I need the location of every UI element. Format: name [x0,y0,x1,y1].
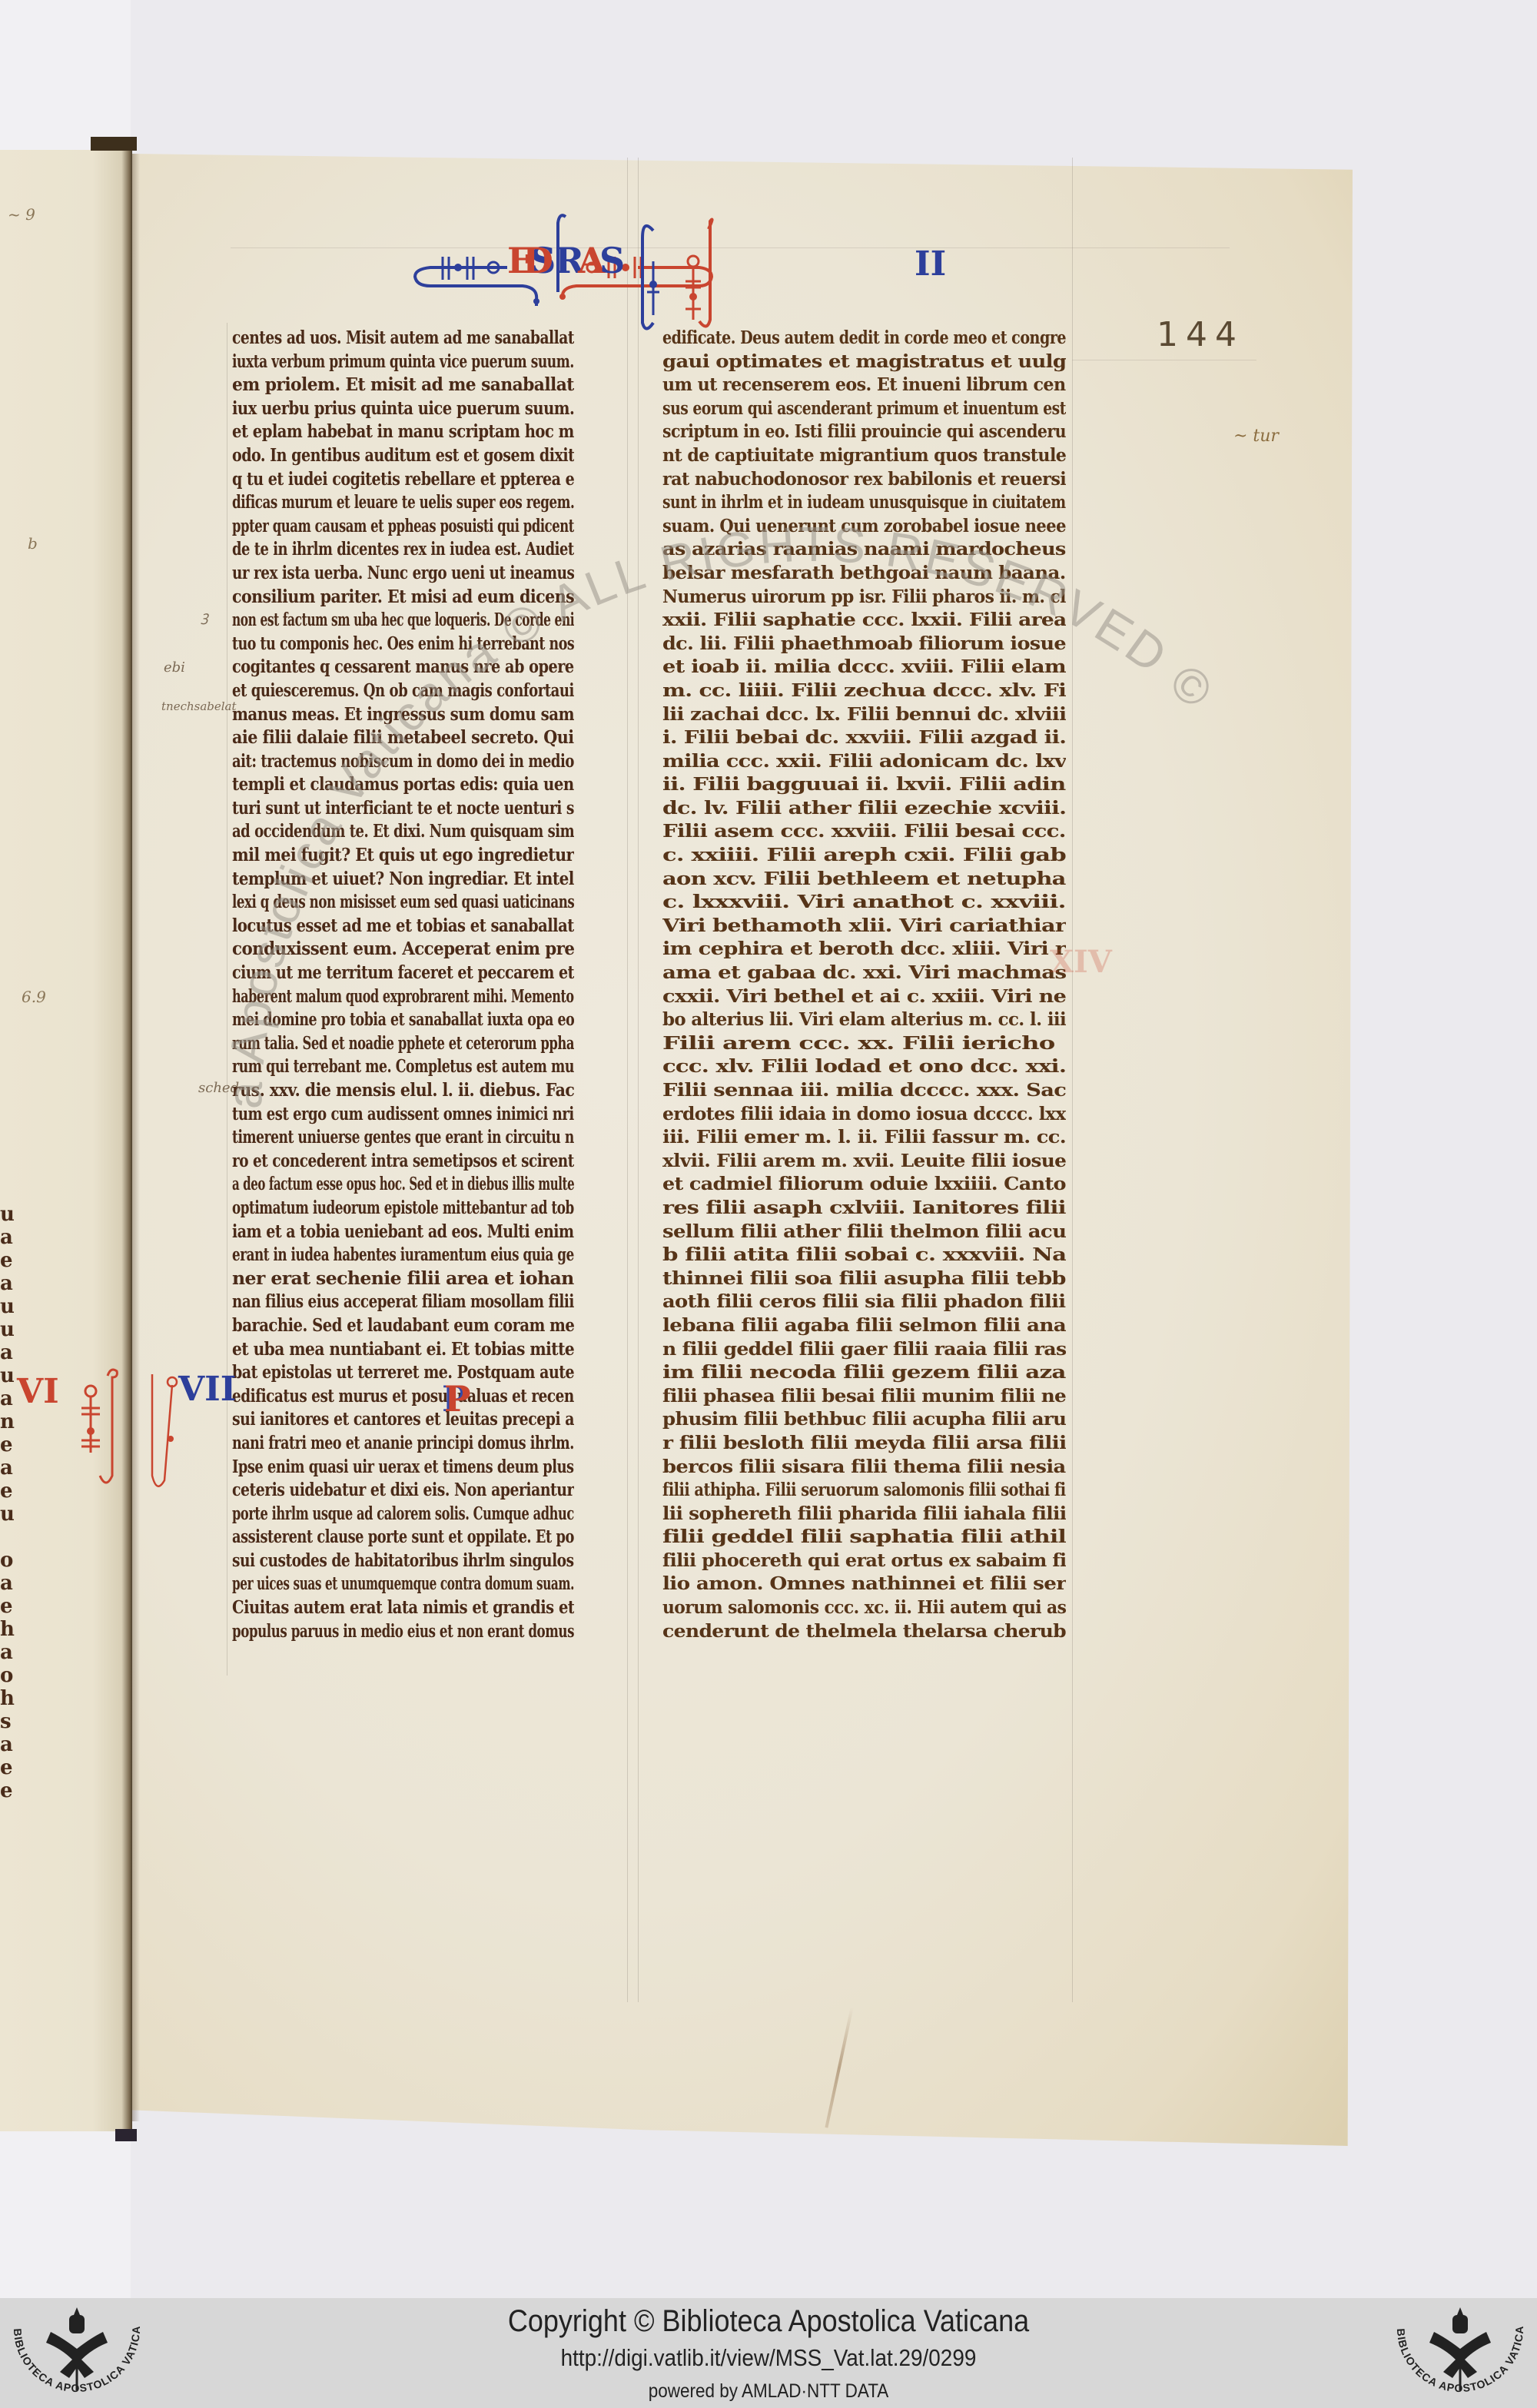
manuscript-line: as azarias raamias naami mardocheus [662,538,1066,562]
manuscript-line: optimatum iudeorum epistole mittebantur … [232,1197,574,1221]
manuscript-line: locutus esset ad me et tobias et sanabal… [232,915,574,938]
manuscript-line: ii. Filii bagguuai ii. lxvii. Filii adin [662,773,1066,797]
manuscript-line: mil mei fugit? Et quis ut ego ingredietu… [232,844,574,868]
ruling-line [638,158,639,2002]
manuscript-line: ner erat sechenie filii area et iohan [232,1267,574,1291]
viewer-footer: BIBLIOTECA APOSTOLICA VATICANA Copyright… [0,2298,1537,2408]
manuscript-line: ait: tractemus nobiscum in domo dei in m… [232,750,574,774]
chapter-marker-right-page: VII [178,1370,236,1409]
manuscript-line: erant in iudea habentes iuramentum eius … [232,1244,574,1267]
manuscript-line: phusim filii bethbuc filii acupha filii … [662,1408,1066,1432]
ruling-line [1072,158,1073,2002]
manuscript-line: templi et claudamus portas edis: quia ue… [232,773,574,797]
manuscript-line: bo alterius lii. Viri elam alterius m. c… [662,1008,1066,1032]
manuscript-line: lio amon. Omnes nathinnei et filii ser [662,1573,1066,1596]
copyright-notice: Copyright © Biblioteca Apostolica Vatica… [77,2304,1460,2339]
manuscript-line: per uices suas et unumquemque contra dom… [232,1573,574,1596]
manuscript-line: centes ad uos. Misit autem ad me sanabal… [232,327,574,350]
manuscript-line: sellum filii ather filii thelmon filii a… [662,1221,1066,1244]
manuscript-line: cium ut me territum faceret et peccarem … [232,962,574,985]
manuscript-line: filii athipha. Filii seruorum salomonis … [662,1479,1066,1503]
manuscript-line: consilium pariter. Et misi ad eum dicens [232,586,574,609]
text-column-left: centes ad uos. Misit autem ad me sanabal… [232,327,574,1643]
pen-flourish-icon [407,208,1068,338]
manuscript-line: thinnei filii soa filii asupha filii teb… [662,1267,1066,1291]
manuscript-line: Filii arem ccc. xx. Filii iericho [662,1032,1055,1056]
chapter-flourish-icon [77,1360,123,1491]
manuscript-line: bercos filii sisara filii thema filii ne… [662,1456,1066,1480]
left-page-text-edge: uaeauuauaneaeu [0,1203,17,1533]
manuscript-line: de te in ihrlm dicentes rex in iudea est… [232,538,574,562]
manuscript-line: ceteris uidebatur et dixi eis. Non aperi… [232,1479,574,1503]
manuscript-line: manus meas. Et ingressus sum domu sam [232,703,574,727]
manuscript-line: ccc. xlv. Filii lodad et ono dcc. xxi. [662,1055,1066,1079]
manuscript-line: q tu et iudei cogitetis rebellare et ppt… [232,468,574,492]
manuscript-line: Filii sennaa iii. milia dcccc. xxx. Sac [662,1079,1066,1103]
manuscript-line: rum talia. Sed et noadie pphete et ceter… [232,1032,574,1056]
manuscript-line: suam. Qui uenerunt cum zorobabel iosue n… [662,515,1066,539]
running-header: E S D R A S II [407,208,1068,338]
manuscript-line: a deo factum esse opus hoc. Sed et in di… [232,1173,574,1197]
margin-note: tnechsabelat [161,699,237,713]
binding-edge [91,137,137,151]
manuscript-line: im filii necoda filii gezem filii aza [662,1361,1066,1385]
margin-note: 6.9 [22,988,46,1006]
manuscript-line: ad occidendum te. Et dixi. Num quisquam … [232,820,574,844]
manuscript-line: scriptum in eo. Isti filii prouincie qui… [662,420,1066,444]
manuscript-line: sui ianitores et cantores et leuitas pre… [232,1408,574,1432]
show-through-marker: XIV [1050,944,1112,980]
manuscript-line: i. Filii bebai dc. xxviii. Filii azgad i… [662,726,1066,750]
manuscript-line: nani fratri meo et ananie principi domus… [232,1432,574,1456]
manuscript-line: Viri bethamoth xlii. Viri cariathiar [662,915,1066,938]
manuscript-line: cxxii. Viri bethel et ai c. xxiii. Viri … [662,985,1066,1009]
manuscript-line: filii phasea filii besai filii munim fil… [662,1385,1066,1409]
manuscript-line: m. cc. liiii. Filii zechua dccc. xlv. Fi [662,679,1066,703]
chapter-marker-left-page: VI [17,1372,59,1411]
manuscript-line: edificatus est murus et posui ualuas et … [232,1385,574,1409]
ruling-line [627,158,628,2002]
ruling-line [227,323,227,1676]
manuscript-line: r filii besloth filii meyda filii arsa f… [662,1432,1066,1456]
manuscript-line: tuo tu componis hec. Oes enim hi terreba… [232,633,574,656]
running-header-book-number: II [915,244,946,284]
manuscript-line: rus. xxv. die mensis elul. l. ii. diebus… [232,1079,574,1103]
manuscript-line: Ipse enim quasi uir uerax et timens deum… [232,1456,574,1480]
gutter-shadow [132,154,140,2121]
manuscript-line: lii zachai dcc. lx. Filii bennui dc. xlv… [662,703,1066,727]
faint-chapter-number: XIV [1050,944,1112,980]
manuscript-line: lexi q deus non misisset eum sed quasi u… [232,891,574,915]
running-header-letter: S [599,240,626,281]
manuscript-line: Filii asem ccc. xxviii. Filii besai ccc. [662,820,1066,844]
manuscript-line: nt de captiuitate migrantium quos transt… [662,444,1066,468]
manuscript-line: lebana filii agaba filii selmon filii an… [662,1314,1066,1338]
powered-by: powered by AMLAD·NTT DATA [77,2380,1460,2403]
manuscript-line: lii sophereth filii pharida filii iahala… [662,1503,1066,1526]
manuscript-line: c. xxiiii. Filii areph cxii. Filii gab [662,844,1066,868]
running-header-letter: D [523,240,554,281]
manuscript-line: iuxta verbum primum quinta vice puerum s… [232,350,574,374]
chapter-number: VI [17,1372,59,1411]
manuscript-line: timerent uniuerse gentes que erant in ci… [232,1126,574,1150]
manuscript-line: non est factum sm uba hec que loqueris. … [232,609,574,633]
manuscript-line: aoth filii ceros filii sia filii phadon … [662,1290,1066,1314]
margin-note: ebi [164,659,185,676]
manuscript-line: templum et uiuet? Non ingrediar. Et inte… [232,868,574,892]
manuscript-line: xlvii. Filii arem m. xvii. Leuite filii … [662,1150,1066,1174]
manuscript-line: rat nabuchodonosor rex babilonis et reue… [662,468,1066,492]
binding-edge [115,2129,137,2141]
manuscript-line: populus paruus in medio eius et non eran… [232,1620,574,1644]
manuscript-line: im cephira et beroth dcc. xliii. Viri r [662,938,1066,962]
manuscript-line: et cadmiel filiorum oduie lxxiiii. Canto [662,1173,1066,1197]
manuscript-line: res filii asaph cxlviii. Ianitores filii [662,1197,1066,1221]
manuscript-line: et uba mea nuntiabant ei. Et tobias mitt… [232,1338,574,1362]
left-page-text-edge: oaehaohsaee [0,1549,17,1802]
manuscript-line: belsar mesfarath bethgoai naum baana. [662,562,1066,586]
manuscript-line: dc. lii. Filii phaethmoab filiorum iosue [662,633,1066,656]
margin-catchmark: ~ tur [1233,427,1279,446]
folio-number: 144 [1157,315,1244,354]
papal-keys-icon: BIBLIOTECA APOSTOLICA VATICANA [1383,2298,1537,2408]
margin-note: b [28,534,38,553]
manuscript-line: sui custodes de habitatoribus ihrlm sing… [232,1549,574,1573]
manuscript-line: cogitantes q cessarent manus nre ab oper… [232,656,574,679]
manuscript-line: dificas murum et leuare te uelis super e… [232,491,574,515]
permalink-url[interactable]: http://digi.vatlib.it/view/MSS_Vat.lat.2… [77,2344,1460,2372]
manuscript-line: haberent malum quod exprobrarent mihi. M… [232,985,574,1009]
manuscript-line: bat epistolas ut terreret me. Postquam a… [232,1361,574,1385]
manuscript-line: Numerus uirorum pp isr. Filii pharos ii.… [662,586,1066,609]
manuscript-line: barachie. Sed et laudabant eum coram me [232,1314,574,1338]
manuscript-line: em priolem. Et misit ad me sanaballat [232,374,574,397]
manuscript-line: sunt in ihrlm et in iudeam unusquisque i… [662,491,1066,515]
vatican-library-logo: BIBLIOTECA APOSTOLICA VATICANA [1383,2298,1537,2408]
manuscript-line: et quiesceremus. Qn ob cam magis confort… [232,679,574,703]
ruling-line [1072,360,1256,360]
manuscript-line: iii. Filii emer m. l. ii. Filii fassur m… [662,1126,1066,1150]
manuscript-line: ppter quam causam et ppheas posuisti qui… [232,515,574,539]
manuscript-line: c. lxxxviii. Viri anathot c. xxviii. [662,891,1066,915]
manuscript-line: tum est ergo cum audissent omnes inimici… [232,1103,574,1127]
manuscript-line: ur rex ista uerba. Nunc ergo ueni ut ine… [232,562,574,586]
decorated-initial: P [444,1378,471,1420]
manuscript-line: xxii. Filii saphatie ccc. lxxii. Filii a… [662,609,1066,633]
manuscript-line: mei domine pro tobia et sanaballat iuxta… [232,1008,574,1032]
manuscript-line: filii geddel filii saphatia filii athil [662,1526,1066,1549]
manuscript-line: Ciuitas autem erat lata nimis et grandis… [232,1596,574,1620]
manuscript-line: porte ihrlm usque ad calorem solis. Cumq… [232,1503,574,1526]
manuscript-line: ama et gabaa dc. xxi. Viri machmas [662,962,1066,985]
manuscript-line: turi sunt ut interficiant te et nocte ue… [232,797,574,821]
manuscript-line: cenderunt de thelmela thelarsa cherub [662,1620,1066,1644]
text-column-right: edificate. Deus autem dedit in corde meo… [662,327,1066,1643]
margin-note: ~ 9 [8,205,35,224]
manuscript-line: uorum salomonis ccc. xc. ii. Hii autem q… [662,1596,1066,1620]
manuscript-line: conduxissent eum. Acceperat enim pre [232,938,574,962]
manuscript-line: erdotes filii idaia in domo iosua dcccc.… [662,1103,1066,1127]
manuscript-line: filii phocereth qui erat ortus ex sabaim… [662,1549,1066,1573]
manuscript-line: gaui optimates et magistratus et uulg [662,350,1066,374]
manuscript-line: b filii atita filii sobai c. xxxviii. Na [662,1244,1066,1267]
manuscript-line: aie filii dalaie filii metabeel secreto.… [232,726,574,750]
manuscript-line: rum qui terrebant me. Completus est aute… [232,1055,574,1079]
chapter-number: VII [178,1370,236,1409]
manuscript-line: iam et a tobia ueniebant ad eos. Multi e… [232,1221,574,1244]
manuscript-line: iux uerbu prius quinta uice puerum suum. [232,397,574,421]
manuscript-line: dc. lv. Filii ather filii ezechie xcviii… [662,797,1066,821]
manuscript-line: n filii geddel filii gaer filii raaia fi… [662,1338,1066,1362]
manuscript-line: aon xcv. Filii bethleem et netupha [662,868,1066,892]
manuscript-line: odo. In gentibus auditum est et gosem di… [232,444,574,468]
manuscript-line: et ioab ii. milia dccc. xviii. Filii ela… [662,656,1066,679]
manuscript-line: ro et concederent intra semetipsos et sc… [232,1150,574,1174]
manuscript-line: et eplam habebat in manu scriptam hoc m [232,420,574,444]
margin-note: ꝫ [201,607,208,626]
left-page-verso: ~ 9 b 6.9 uaeauuauaneaeu oaehaohsaee [0,150,132,2131]
manuscript-line: um ut recenserem eos. Et inueni librum c… [662,374,1066,397]
manuscript-line: sus eorum qui ascenderant primum et inue… [662,397,1066,421]
manuscript-line: milia ccc. xxii. Filii adonicam dc. lxv [662,750,1066,774]
manuscript-line: edificate. Deus autem dedit in corde meo… [662,327,1066,350]
manuscript-line: assisterent clause porte sunt et oppilat… [232,1526,574,1549]
manuscript-line: nan filius eius acceperat filiam mosolla… [232,1290,574,1314]
